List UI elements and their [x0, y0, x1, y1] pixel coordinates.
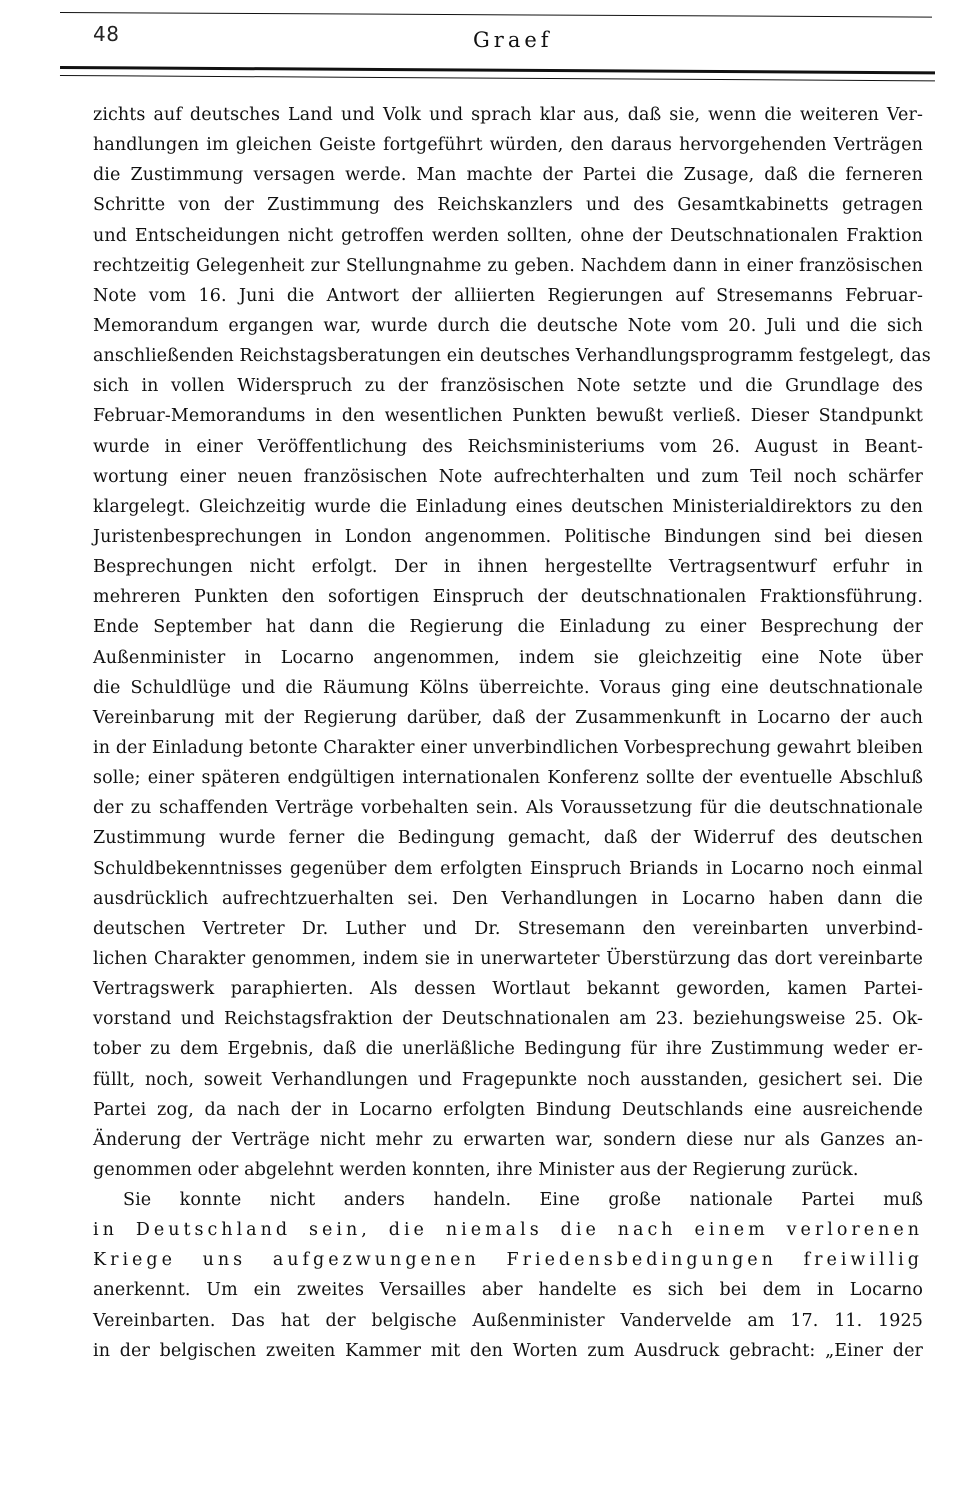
text-line: rechtzeitig Gelegenheit zur Stellungnahm… [93, 251, 923, 281]
text-line: Besprechungen nicht erfolgt. Der in ihne… [93, 552, 923, 582]
header-double-rule [60, 66, 935, 81]
page-number: 48 [93, 22, 119, 46]
text-line: und Entscheidungen nicht getroffen werde… [93, 221, 923, 251]
text-line: deutschen Vertreter Dr. Luther und Dr. S… [93, 914, 923, 944]
text-line: füllt, noch, soweit Verhandlungen und Fr… [93, 1065, 923, 1095]
text-line: klargelegt. Gleichzeitig wurde die Einla… [93, 492, 923, 522]
text-line: zichts auf deutsches Land und Volk und s… [93, 100, 923, 130]
text-line: genommen oder abgelehnt werden konnten, … [93, 1155, 923, 1185]
text-line: Änderung der Verträge nicht mehr zu erwa… [93, 1125, 923, 1155]
text-line: Februar-Memorandums in den wesentlichen … [93, 401, 923, 431]
text-line: ausdrücklich aufrechtzuerhalten sei. Den… [93, 884, 923, 914]
text-line: die Schuldlüge und die Räumung Kölns übe… [93, 673, 923, 703]
text-line: Vertragswerk paraphierten. Als dessen Wo… [93, 974, 923, 1004]
text-line: Note vom 16. Juni die Antwort der alliie… [93, 281, 923, 311]
text-line: Sie konnte nicht anders handeln. Eine gr… [93, 1185, 923, 1215]
text-line: tober zu dem Ergebnis, daß die unerläßli… [93, 1034, 923, 1064]
text-line: die Zustimmung versagen werde. Man macht… [93, 160, 923, 190]
text-line: Partei zog, da nach der in Locarno erfol… [93, 1095, 923, 1125]
body-text: zichts auf deutsches Land und Volk und s… [93, 100, 923, 1366]
text-line: anschließenden Reichstagsberatungen ein … [93, 341, 923, 371]
text-line: sich in vollen Widerspruch zu der franzö… [93, 371, 923, 401]
text-line: Außenminister in Locarno angenommen, ind… [93, 643, 923, 673]
running-head: Graef [473, 28, 553, 52]
text-line: handlungen im gleichen Geiste fortgeführ… [93, 130, 923, 160]
top-rule [60, 12, 932, 18]
text-line: Juristenbesprechungen in London angenomm… [93, 522, 923, 552]
text-line: Ende September hat dann die Regierung di… [93, 612, 923, 642]
paragraph-2: Sie konnte nicht anders handeln. Eine gr… [93, 1185, 923, 1366]
text-line: Kriege uns aufgezwungenen Friedensbeding… [93, 1245, 923, 1275]
text-line: in Deutschland sein, die niemals die nac… [93, 1215, 923, 1245]
paragraph-1: zichts auf deutsches Land und Volk und s… [93, 100, 923, 1185]
text-line: wurde in einer Veröffentlichung des Reic… [93, 432, 923, 462]
text-line: solle; einer späteren endgültigen intern… [93, 763, 923, 793]
text-line: vorstand und Reichstagsfraktion der Deut… [93, 1004, 923, 1034]
text-line: Memorandum ergangen war, wurde durch die… [93, 311, 923, 341]
text-line: Zustimmung wurde ferner die Bedingung ge… [93, 823, 923, 853]
text-line: Vereinbarung mit der Regierung darüber, … [93, 703, 923, 733]
text-line: anerkennt. Um ein zweites Versailles abe… [93, 1275, 923, 1305]
text-line: der zu schaffenden Verträge vorbehalten … [93, 793, 923, 823]
text-line: wortung einer neuen französischen Note a… [93, 462, 923, 492]
text-line: lichen Charakter genommen, indem sie in … [93, 944, 923, 974]
page-header: 48 Graef [93, 22, 932, 62]
text-line: mehreren Punkten den sofortigen Einspruc… [93, 582, 923, 612]
text-line: Schritte von der Zustimmung des Reichska… [93, 190, 923, 220]
text-line: in der Einladung betonte Charakter einer… [93, 733, 923, 763]
text-line: Vereinbarten. Das hat der belgische Auße… [93, 1306, 923, 1336]
text-line: Schuldbekenntnisses gegenüber dem erfolg… [93, 854, 923, 884]
text-line: in der belgischen zweiten Kammer mit den… [93, 1336, 923, 1366]
